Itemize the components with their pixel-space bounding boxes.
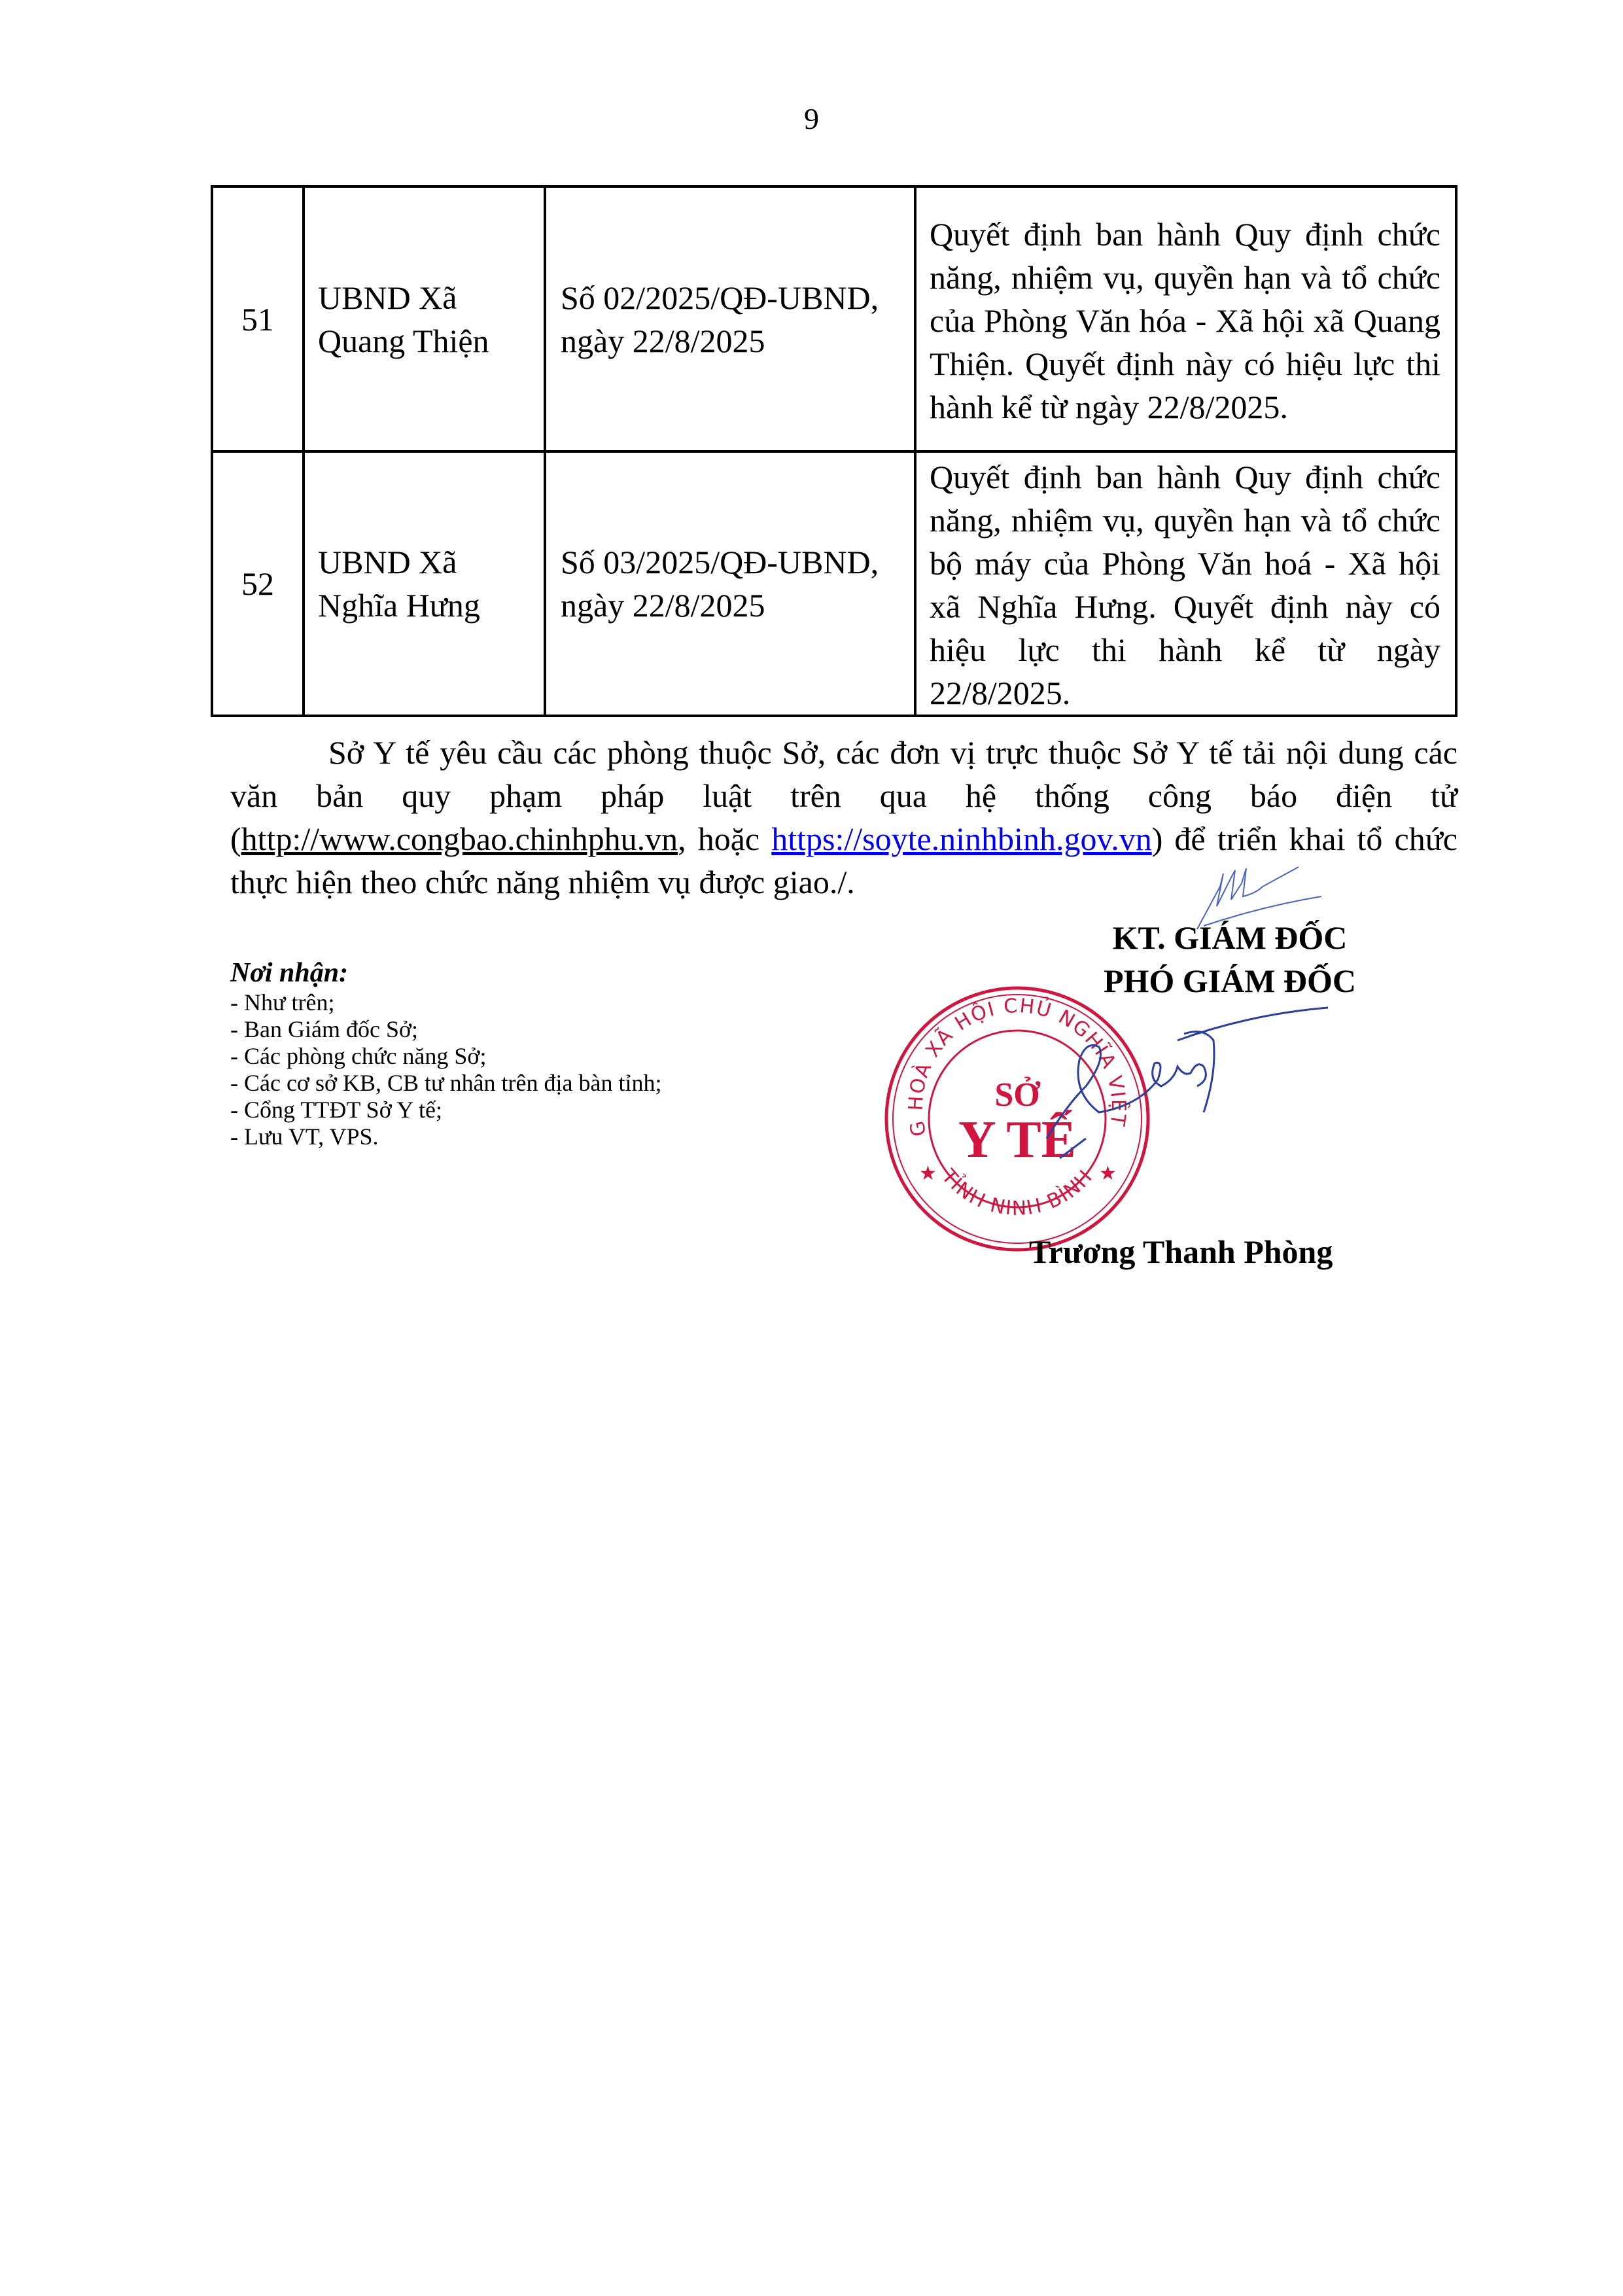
page-number: 9 — [0, 101, 1623, 136]
recipient-item: - Các cơ sở KB, CB tư nhân trên địa bàn … — [230, 1070, 661, 1097]
document-number: Số 02/2025/QĐ-UBND, ngày 22/8/2025 — [545, 186, 915, 451]
recipients-title: Nơi nhận: — [230, 957, 661, 989]
initial-signature-icon — [1184, 860, 1348, 932]
recipient-item: - Như trên; — [230, 989, 661, 1016]
document-description: Quyết định ban hành Quy định chức năng, … — [915, 186, 1456, 451]
congbao-link[interactable]: http://www.congbao.chinhphu.vn — [241, 821, 678, 857]
svg-text:TỈNH NINH BÌNH: TỈNH NINH BÌNH — [937, 1165, 1098, 1220]
recipients-block: Nơi nhận: - Như trên; - Ban Giám đốc Sở;… — [230, 957, 661, 1150]
recipient-item: - Lưu VT, VPS. — [230, 1123, 661, 1150]
svg-text:★: ★ — [919, 1163, 937, 1184]
recipient-item: - Ban Giám đốc Sở; — [230, 1016, 661, 1043]
body-text-middle: , hoặc — [678, 821, 771, 857]
handwritten-signature-icon — [988, 988, 1354, 1165]
signer-name: Trương Thanh Phòng — [981, 1230, 1623, 1273]
svg-text:★: ★ — [1099, 1163, 1117, 1184]
recipient-item: - Các phòng chức năng Sở; — [230, 1043, 661, 1070]
soyte-link[interactable]: https://soyte.ninhbinh.gov.vn — [771, 821, 1152, 857]
issuing-organization: UBND Xã Nghĩa Hưng — [304, 451, 545, 716]
row-number: 52 — [212, 451, 304, 716]
recipient-item: - Cổng TTĐT Sở Y tế; — [230, 1097, 661, 1123]
documents-table: 51 UBND Xã Quang Thiện Số 02/2025/QĐ-UBN… — [211, 185, 1457, 717]
table-row: 51 UBND Xã Quang Thiện Số 02/2025/QĐ-UBN… — [212, 186, 1456, 451]
stamp-bottom-text: TỈNH NINH BÌNH — [937, 1165, 1098, 1220]
issuing-organization: UBND Xã Quang Thiện — [304, 186, 545, 451]
row-number: 51 — [212, 186, 304, 451]
document-description: Quyết định ban hành Quy định chức năng, … — [915, 451, 1456, 716]
document-number: Số 03/2025/QĐ-UBND, ngày 22/8/2025 — [545, 451, 915, 716]
table-row: 52 UBND Xã Nghĩa Hưng Số 03/2025/QĐ-UBND… — [212, 451, 1456, 716]
